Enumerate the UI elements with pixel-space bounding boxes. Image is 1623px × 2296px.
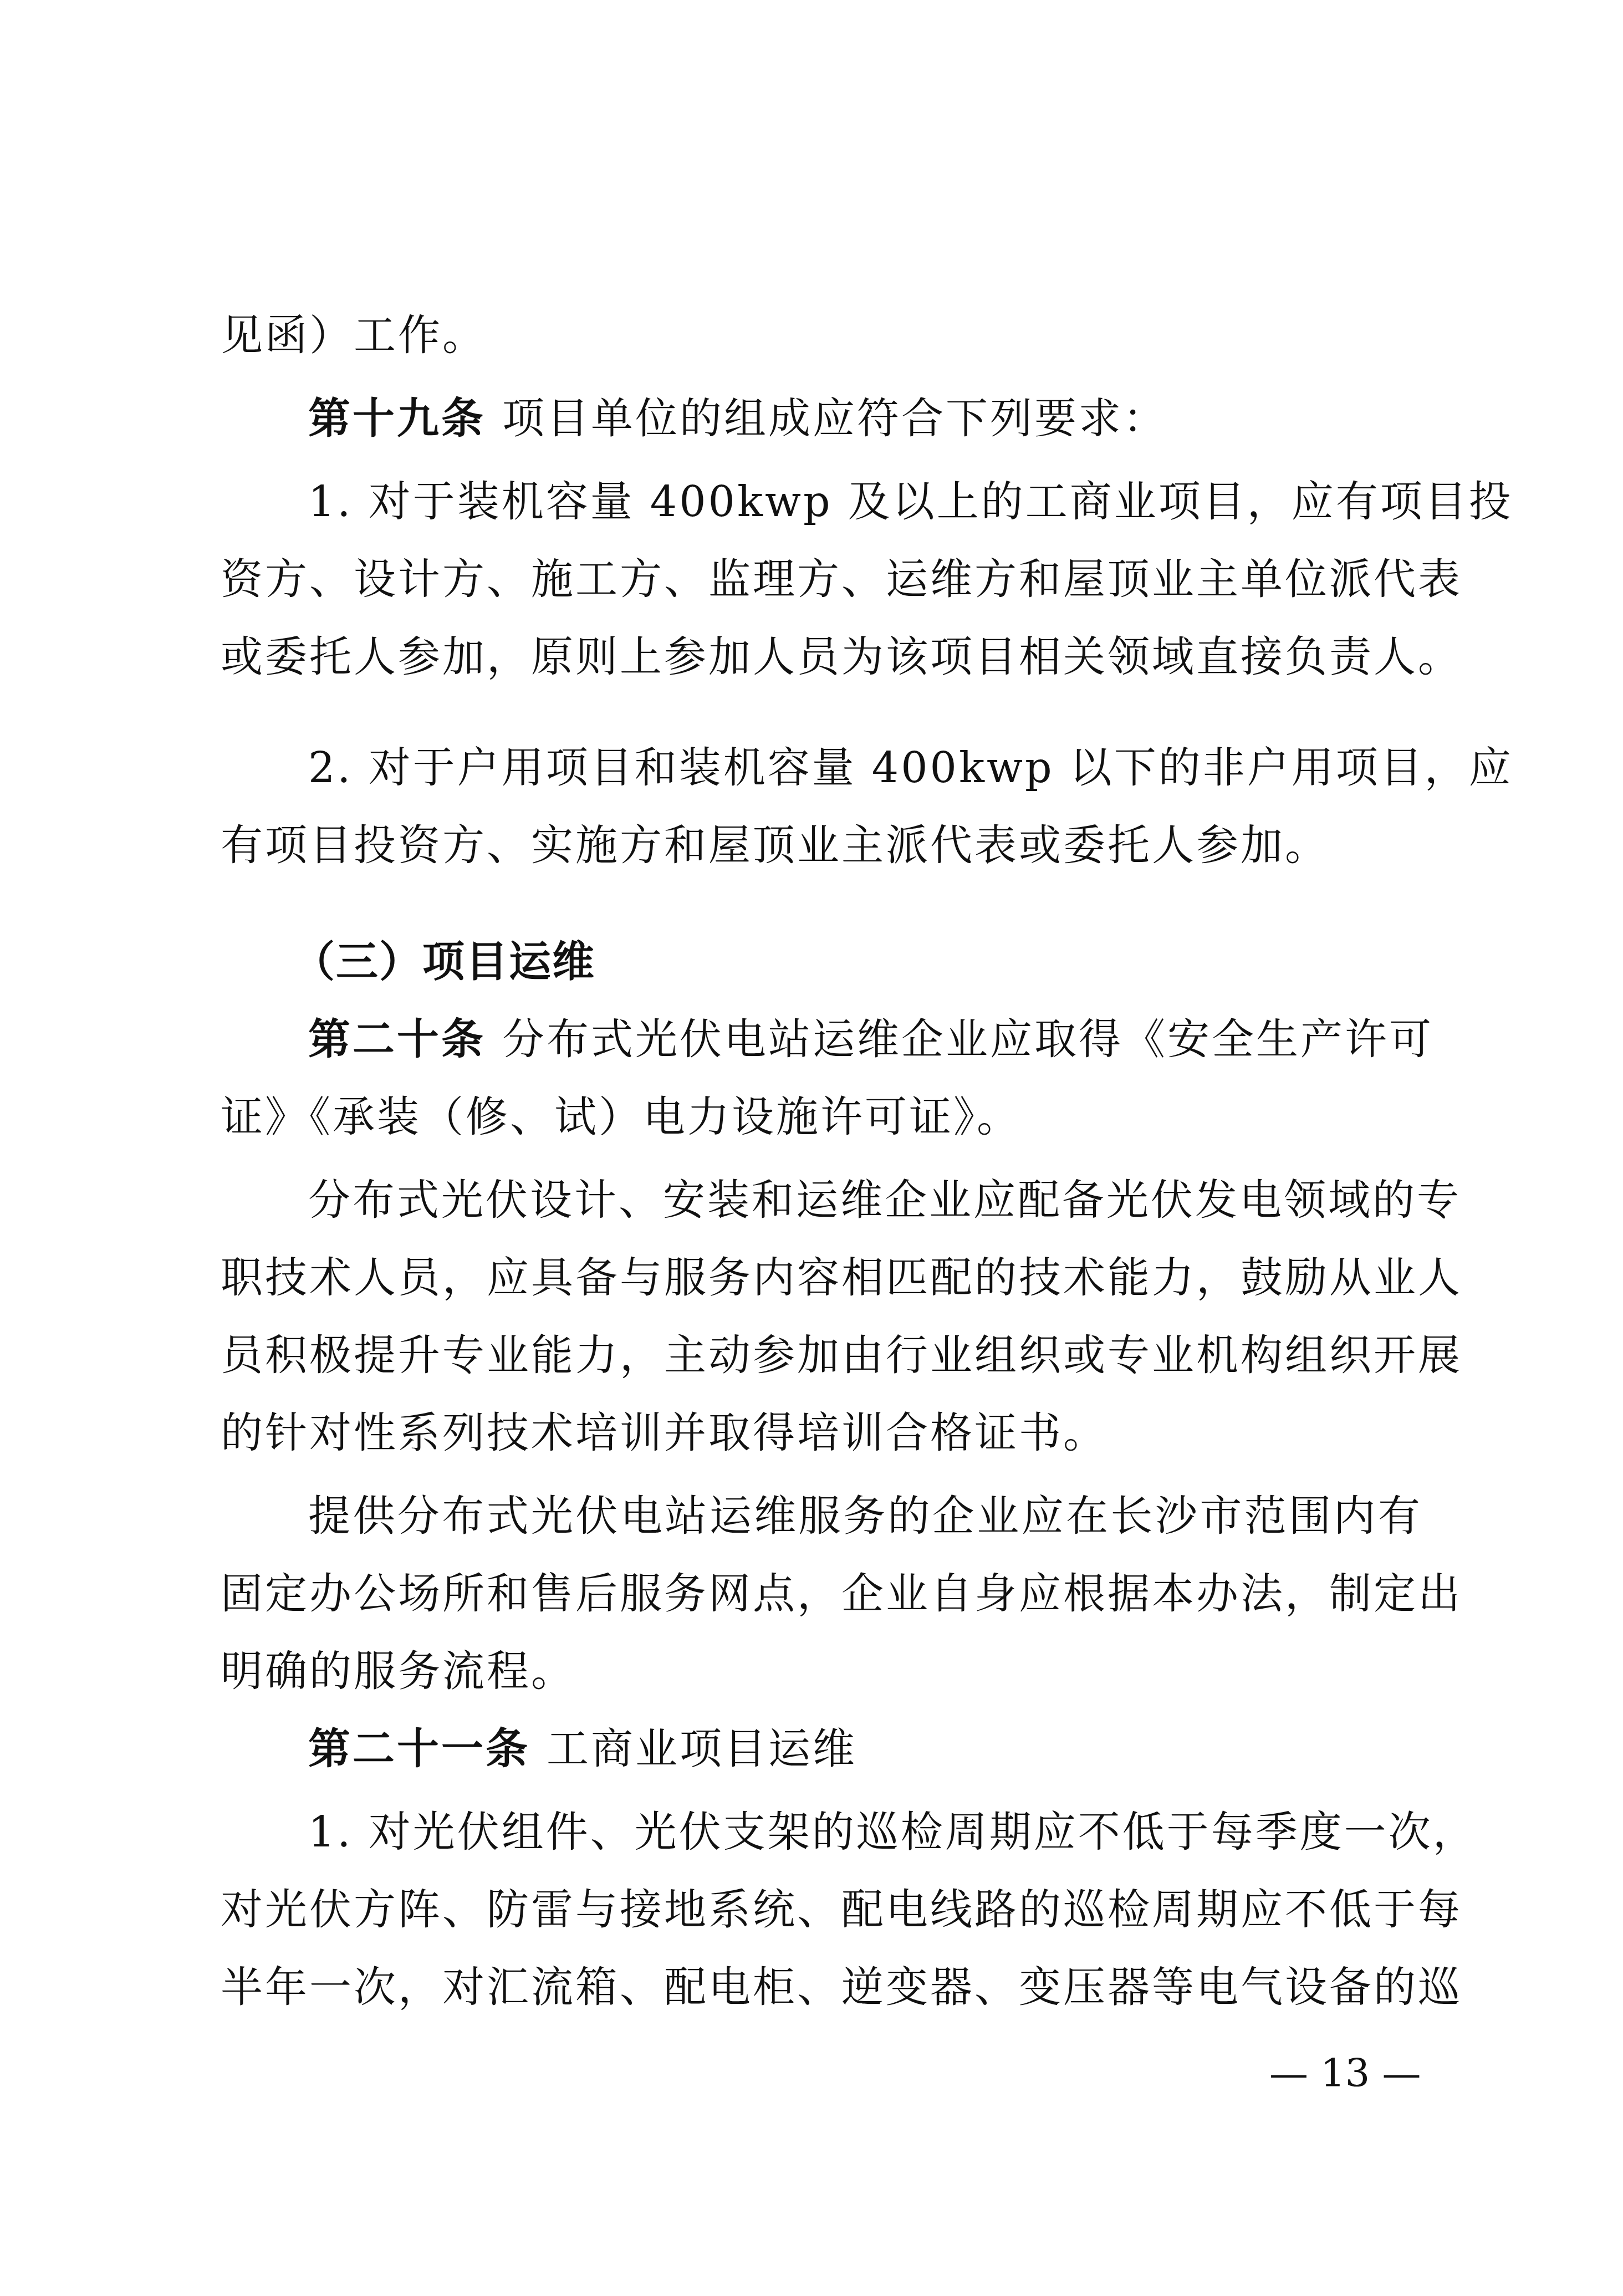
page-number: — 13 —	[1269, 2045, 1421, 2101]
line-text: 明确的服务流程。	[221, 1646, 575, 1696]
paragraph-line: 或委托人参加，原则上参加人员为该项目相关领域直接负责人。	[221, 629, 1422, 685]
line-text: 见函）工作。	[221, 310, 487, 360]
section-heading: （三）项目运维	[293, 934, 1407, 989]
line-text: 有项目投资方、实施方和屋顶业主派代表或委托人参加。	[221, 820, 1329, 870]
article-19-heading: 第十九条项目单位的组成应符合下列要求：	[308, 391, 1422, 446]
line-text: 项目单位的组成应符合下列要求：	[502, 394, 1167, 443]
paragraph-line: 2. 对于户用项目和装机容量 400kwp 以下的非户用项目，应	[308, 740, 1422, 795]
line-text: 职技术人员，应具备与服务内容相匹配的技术能力，鼓励从业人	[221, 1253, 1462, 1302]
line-text: 1. 对于装机容量 400kwp 及以上的工商业项目，应有项目投	[308, 477, 1513, 526]
paragraph-line: 职技术人员，应具备与服务内容相匹配的技术能力，鼓励从业人	[221, 1250, 1422, 1305]
document-page: 见函）工作。 第十九条项目单位的组成应符合下列要求： 1. 对于装机容量 400…	[0, 0, 1623, 2296]
line-text: 固定办公场所和售后服务网点，企业自身应根据本办法，制定出	[221, 1569, 1462, 1618]
line-text: 分布式光伏电站运维企业应取得《安全生产许可	[502, 1014, 1433, 1064]
article-21-heading: 第二十一条工商业项目运维	[308, 1721, 1422, 1777]
article-label: 第二十一条	[308, 1724, 530, 1773]
paragraph-line: 的针对性系列技术培训并取得培训合格证书。	[221, 1405, 1422, 1461]
paragraph-line: 对光伏方阵、防雷与接地系统、配电线路的巡检周期应不低于每	[221, 1882, 1422, 1937]
paragraph-line: 有项目投资方、实施方和屋顶业主派代表或委托人参加。	[221, 818, 1422, 873]
line-text: 分布式光伏设计、安装和运维企业应配备光伏发电领域的专	[308, 1175, 1461, 1224]
paragraph-line: 资方、设计方、施工方、监理方、运维方和屋顶业主单位派代表	[221, 552, 1422, 607]
line-text: 或委托人参加，原则上参加人员为该项目相关领域直接负责人。	[221, 632, 1462, 681]
paragraph-line: 1. 对于装机容量 400kwp 及以上的工商业项目，应有项目投	[308, 474, 1422, 529]
line-text: 1. 对光伏组件、光伏支架的巡检周期应不低于每季度一次，	[308, 1807, 1477, 1856]
line-text: 员积极提升专业能力，主动参加由行业组织或专业机构组织开展	[221, 1330, 1462, 1380]
paragraph-line: 见函）工作。	[221, 308, 1422, 363]
paragraph-line: 固定办公场所和售后服务网点，企业自身应根据本办法，制定出	[221, 1566, 1422, 1621]
section-heading-text: （三）项目运维	[293, 937, 595, 986]
paragraph-line: 分布式光伏设计、安装和运维企业应配备光伏发电领域的专	[308, 1172, 1422, 1228]
line-text: 工商业项目运维	[547, 1724, 857, 1773]
line-text: 资方、设计方、施工方、监理方、运维方和屋顶业主单位派代表	[221, 554, 1462, 604]
line-text: 2. 对于户用项目和装机容量 400kwp 以下的非户用项目，应	[308, 743, 1513, 792]
line-text: 对光伏方阵、防雷与接地系统、配电线路的巡检周期应不低于每	[221, 1885, 1462, 1934]
article-label: 第十九条	[308, 394, 486, 443]
paragraph-line: 1. 对光伏组件、光伏支架的巡检周期应不低于每季度一次，	[308, 1804, 1422, 1860]
paragraph-line: 证》《承装（修、试）电力设施许可证》。	[221, 1089, 1422, 1145]
line-text: 证》《承装（修、试）电力设施许可证》。	[221, 1092, 1021, 1141]
paragraph-line: 提供分布式光伏电站运维服务的企业应在长沙市范围内有	[308, 1488, 1422, 1544]
line-text: 半年一次，对汇流箱、配电柜、逆变器、变压器等电气设备的巡	[221, 1962, 1462, 2012]
line-text: 提供分布式光伏电站运维服务的企业应在长沙市范围内有	[308, 1491, 1422, 1540]
article-label: 第二十条	[308, 1014, 486, 1064]
article-20-heading: 第二十条分布式光伏电站运维企业应取得《安全生产许可	[308, 1012, 1422, 1067]
paragraph-line: 明确的服务流程。	[221, 1644, 1422, 1699]
paragraph-line: 半年一次，对汇流箱、配电柜、逆变器、变压器等电气设备的巡	[221, 1960, 1422, 2015]
paragraph-line: 员积极提升专业能力，主动参加由行业组织或专业机构组织开展	[221, 1328, 1422, 1383]
line-text: 的针对性系列技术培训并取得培训合格证书。	[221, 1408, 1107, 1457]
